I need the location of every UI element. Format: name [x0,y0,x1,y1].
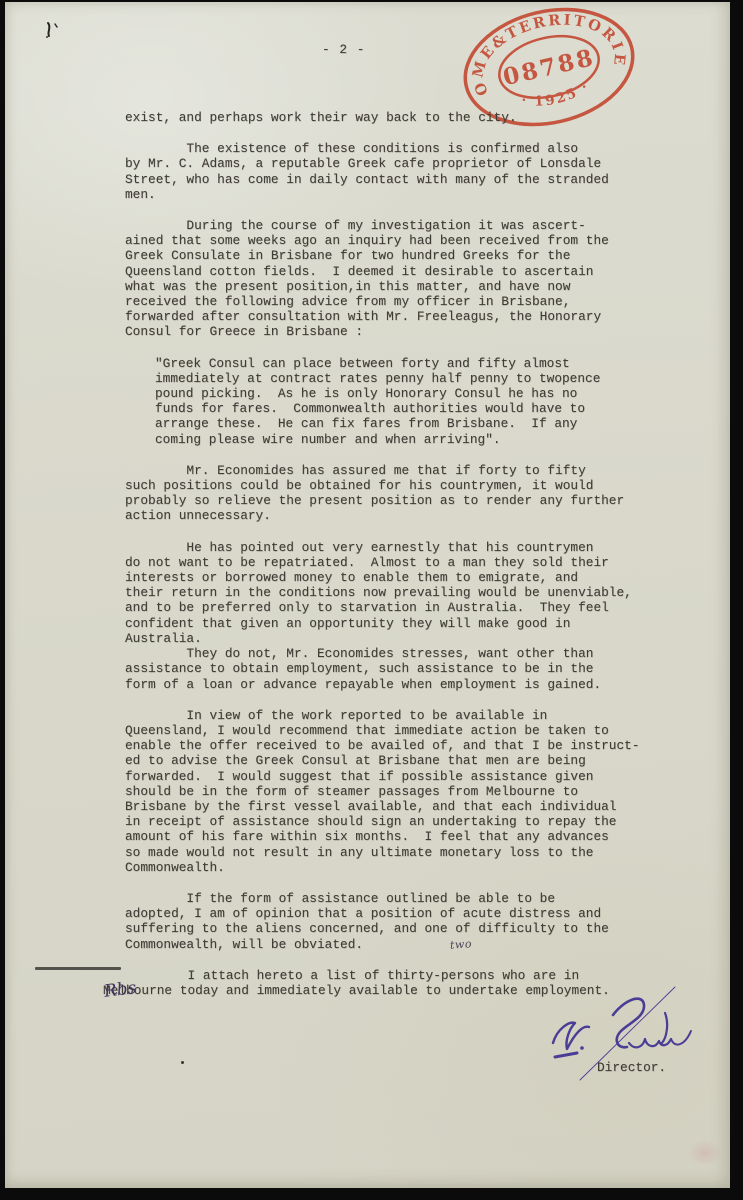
ink-dot [181,1061,184,1064]
document-scan: - 2 - HOME&TERRITORIES 08788 · 1925 · ex… [0,0,743,1200]
paragraph-adams: The existence of these conditions is con… [125,141,660,202]
handwritten-initials: Rbs [103,978,138,1002]
paragraph-repatriation: He has pointed out very earnestly that h… [125,540,660,646]
pink-smudge [688,1140,722,1166]
signatory-title: Director. [597,1060,666,1075]
paragraph-exist: exist, and perhaps work their way back t… [125,110,660,125]
paragraph-economides: Mr. Economides has assured me that if fo… [125,463,660,524]
ink-smudge [38,20,68,50]
paragraph-conclusion: If the form of assistance outlined be ab… [125,891,660,952]
telegram-quote: "Greek Consul can place between forty an… [155,356,660,447]
handwritten-insertion: two [450,937,473,952]
page-number: - 2 - [322,42,365,57]
paragraph-investigation: During the course of my investigation it… [125,218,660,340]
paragraph-recommendation: In view of the work reported to be avail… [125,708,660,875]
margin-dash-line [35,967,121,970]
letter-body: exist, and perhaps work their way back t… [125,110,660,998]
paragraph-assistance: They do not, Mr. Economides stresses, wa… [125,646,660,692]
